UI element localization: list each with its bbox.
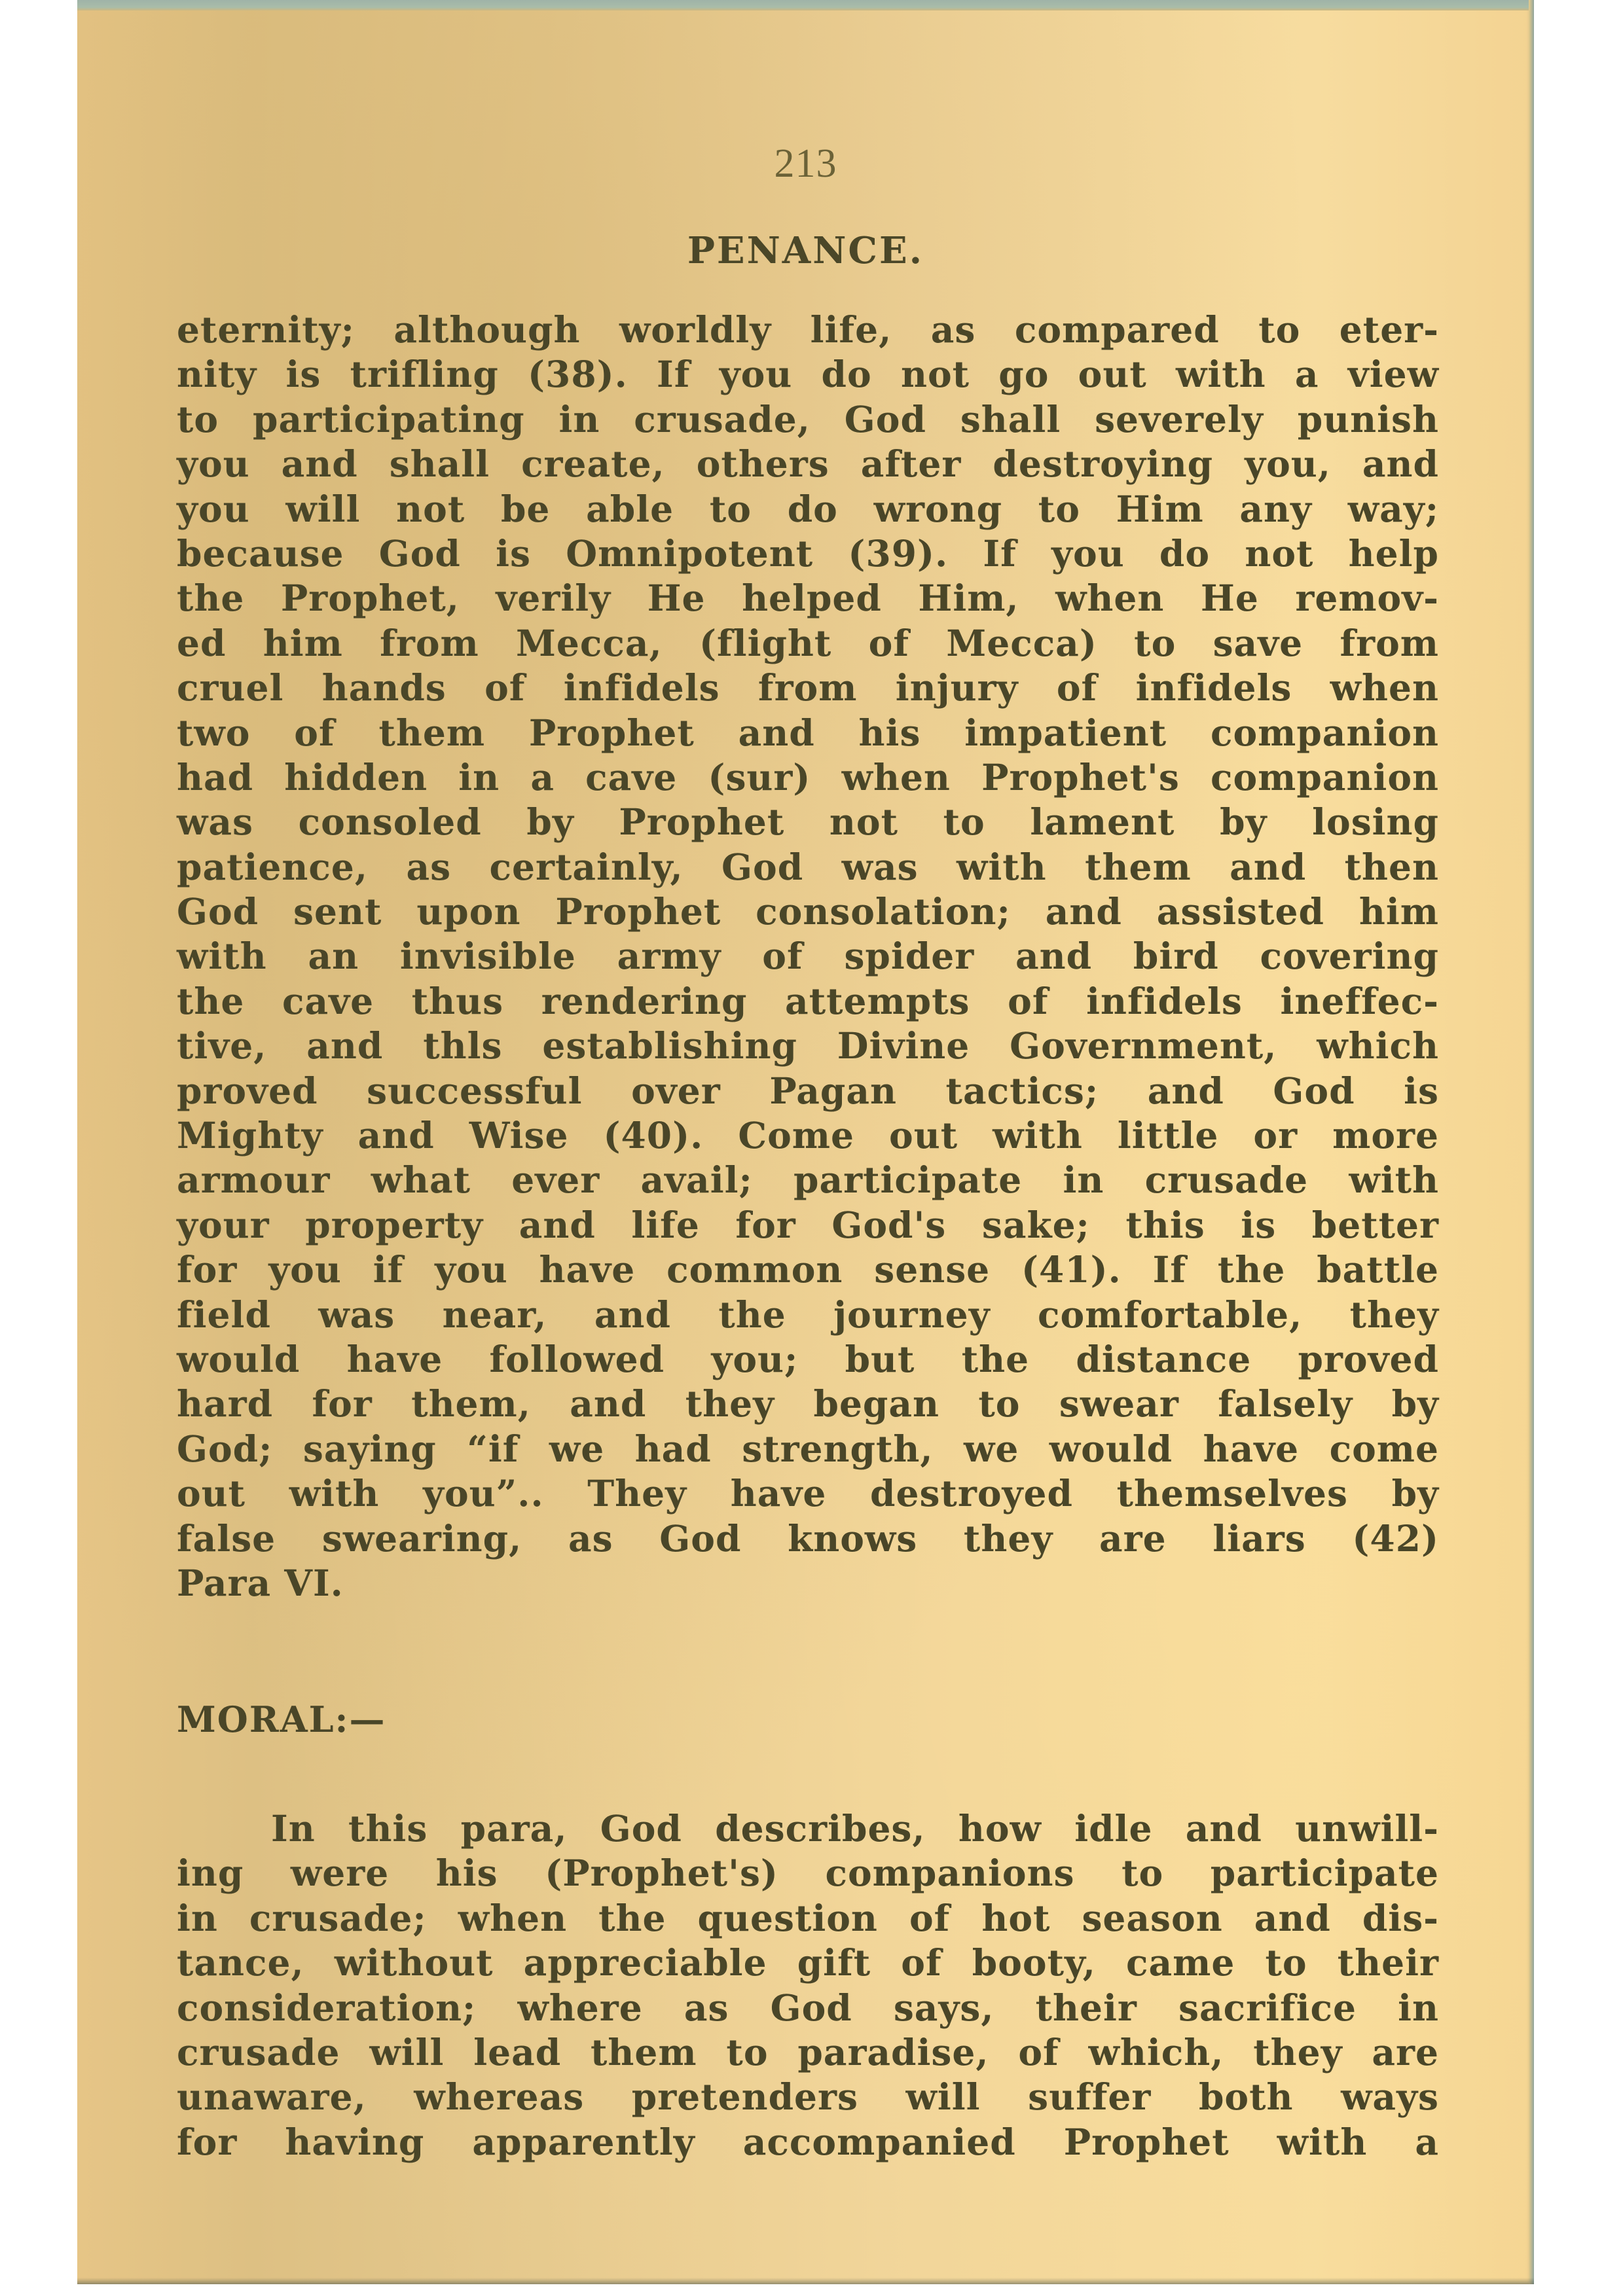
text-line: for having apparently accompanied Prophe… <box>177 2120 1439 2164</box>
text-line: nity is trifling (38). If you do not go … <box>177 352 1439 397</box>
text-line: your property and life for God's sake; t… <box>177 1203 1439 1247</box>
page-right-edge <box>1529 0 1534 2284</box>
text-line: cruel hands of infidels from injury of i… <box>177 666 1439 710</box>
text-line: Mighty and Wise (40). Come out with litt… <box>177 1113 1439 1158</box>
text-line: tive, and thls establishing Divine Gover… <box>177 1024 1439 1068</box>
text-line: consideration; where as God says, their … <box>177 1986 1439 2030</box>
text-line: God sent upon Prophet consolation; and a… <box>177 889 1439 934</box>
text-line: had hidden in a cave (sur) when Prophet'… <box>177 755 1439 800</box>
text-line: unaware, whereas pretenders will suffer … <box>177 2075 1439 2119</box>
text-line: God; saying “if we had strength, we woul… <box>177 1427 1439 1471</box>
text-line: ed him from Mecca, (flight of Mecca) to … <box>177 621 1439 666</box>
text-line: armour what ever avail; participate in c… <box>177 1158 1439 1202</box>
text-line: you will not be able to do wrong to Him … <box>177 487 1439 531</box>
text-line: for you if you have common sense (41). I… <box>177 1247 1439 1292</box>
text-line: would have followed you; but the distanc… <box>177 1337 1439 1382</box>
text-line: was consoled by Prophet not to lament by… <box>177 800 1439 844</box>
text-line: patience, as certainly, God was with the… <box>177 845 1439 889</box>
moral-text: In this para, God describes, how idle an… <box>177 1806 1439 2164</box>
text-line: false swearing, as God knows they are li… <box>177 1516 1439 1561</box>
text-line: in crusade; when the question of hot sea… <box>177 1896 1439 1941</box>
text-line: eternity; although worldly life, as comp… <box>177 308 1439 352</box>
text-line: crusade will lead them to paradise, of w… <box>177 2030 1439 2075</box>
text-line: to participating in crusade, God shall s… <box>177 397 1439 442</box>
text-line: ing were his (Prophet's) companions to p… <box>177 1851 1439 1895</box>
text-line: In this para, God describes, how idle an… <box>177 1806 1439 1851</box>
text-line: you and shall create, others after destr… <box>177 442 1439 486</box>
text-line: the Prophet, verily He helped Him, when … <box>177 576 1439 620</box>
page-number: 213 <box>77 141 1534 187</box>
text-line: with an invisible army of spider and bir… <box>177 934 1439 978</box>
running-head: PENANCE. <box>77 229 1534 272</box>
text-line: proved successful over Pagan tactics; an… <box>177 1069 1439 1113</box>
para-reference: Para VI. <box>177 1561 1439 1605</box>
text-line: two of them Prophet and his impatient co… <box>177 711 1439 755</box>
text-line: tance, without appreciable gift of booty… <box>177 1941 1439 1985</box>
text-line: hard for them, and they began to swear f… <box>177 1382 1439 1426</box>
text-line: because God is Omnipotent (39). If you d… <box>177 531 1439 576</box>
moral-heading: MORAL:— <box>177 1698 386 1740</box>
main-text: eternity; although worldly life, as comp… <box>177 308 1439 1605</box>
text-line: out with you”.. They have destroyed them… <box>177 1471 1439 1516</box>
page-bottom-edge <box>77 2278 1534 2284</box>
text-line: field was near, and the journey comforta… <box>177 1293 1439 1337</box>
page-top-edge <box>77 0 1534 10</box>
book-page: 213 PENANCE. eternity; although worldly … <box>77 0 1534 2284</box>
text-line: the cave thus rendering attempts of infi… <box>177 979 1439 1024</box>
